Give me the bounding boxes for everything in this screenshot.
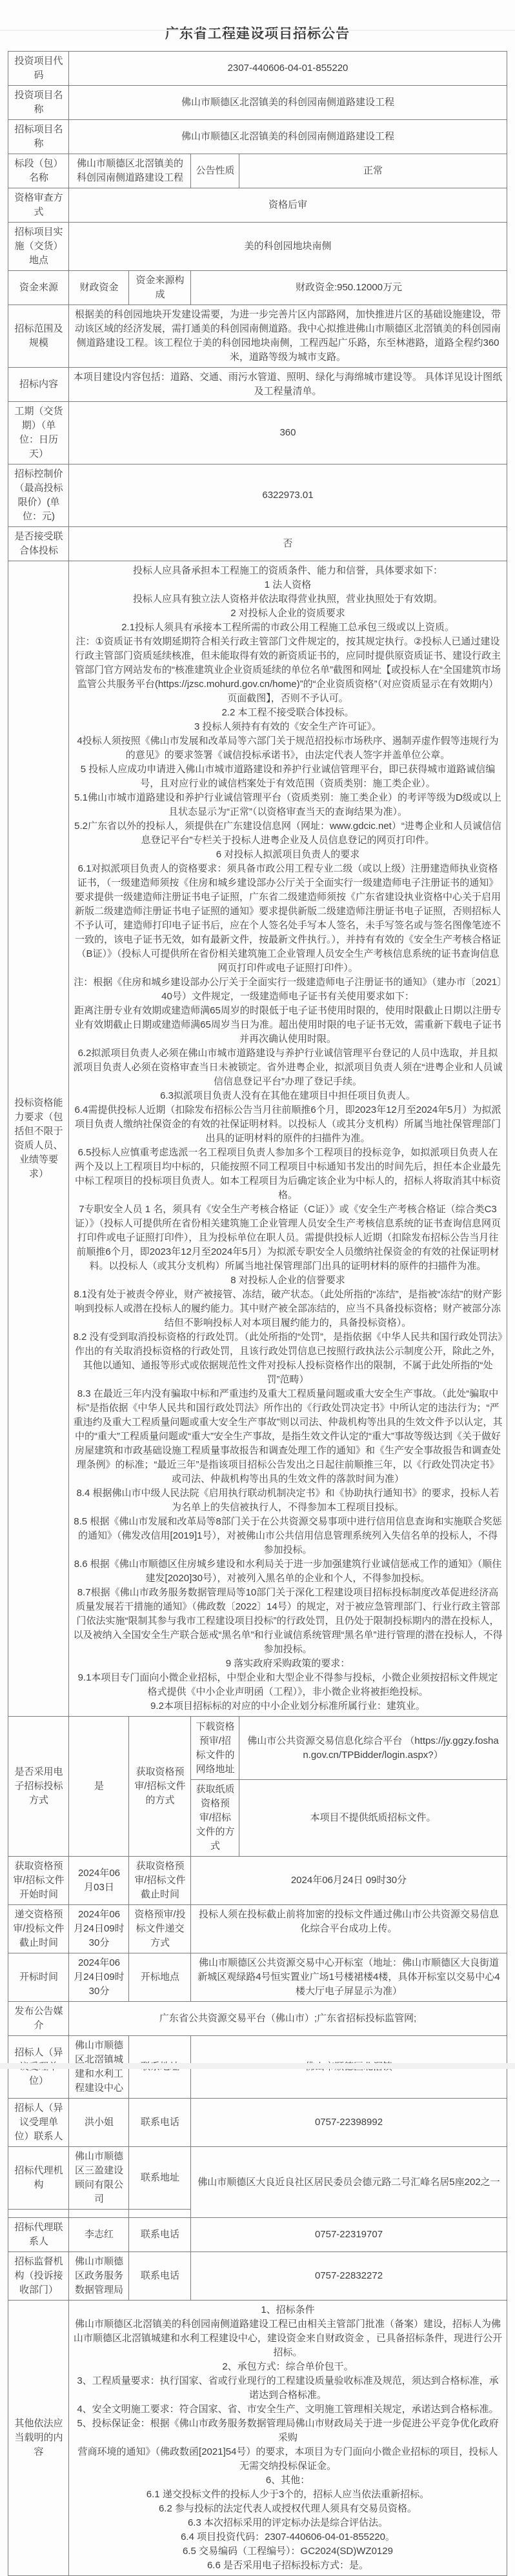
invest-code-label: 投资项目代码 (8, 52, 69, 86)
opening-place-label: 开标地点 (129, 1953, 191, 2002)
table-row: 其他依法应当载明的内容 1、招标条件 佛山市顺德区北滘镇美的科创园南侧道路建设工… (8, 2301, 507, 2576)
agency-label: 招标代理机构 (8, 2147, 69, 2210)
location-label: 招标项目实施（交货）地点 (8, 223, 69, 271)
page-title: 广东省工程建设项目招标公告 (0, 23, 515, 43)
agency-value: 佛山市顺德区三盈建设顾问有限公司 (69, 2147, 129, 2210)
obtain-docs-method-label: 获取资格预审/招标文件的方式 (129, 1717, 191, 1857)
tender-name-label: 招标项目名称 (8, 120, 69, 154)
table-row: 招标监督机构（投诉接收部门） 佛山市顺德区政务服务数据管理局 联系电话 0757… (8, 2252, 507, 2301)
electronic-bidding-label: 是否采用电子招标投标方式 (8, 1717, 69, 1857)
table-row: 投资项目代码 2307-440606-04-01-855220 (8, 52, 507, 86)
table-row: 发布公告媒介 广东省公共资源交易平台（佛山市）;广东省招标投标监管网; (8, 2002, 507, 2036)
submit-method-label: 资格预审/投标文件递交方式 (129, 1905, 191, 1953)
funds-composition-label: 资金来源构成 (129, 271, 191, 305)
spacer-cell (69, 2210, 129, 2218)
agency-address-value: 佛山市顺德区大良近良社区居民委员会德元路二号汇峰名居5座202之一 (191, 2147, 507, 2218)
invest-code-value: 2307-440606-04-01-855220 (69, 52, 507, 86)
invest-name-value: 佛山市顺德区北滘镇美的科创园南侧道路建设工程 (69, 86, 507, 120)
content-label: 招标内容 (8, 368, 69, 402)
agency-phone-label: 联系电话 (129, 2218, 191, 2252)
invest-name-label: 投资项目名称 (8, 86, 69, 120)
agency-address-label: 联系地址 (129, 2147, 191, 2210)
table-row: 招标控制价（最高投标限价）(单位：元) 6322973.01 (8, 464, 507, 527)
tender-name-value: 佛山市顺德区北滘镇美的科创园南侧道路建设工程 (69, 120, 507, 154)
spacer-cell (8, 2210, 69, 2218)
tenderer-phone-label: 联系电话 (129, 2099, 191, 2147)
tenderer-phone-value: 0757-22398992 (191, 2099, 507, 2147)
table-row: 递交资格预审/投标文件截止时间 2024年06月24日09时30分 资格预审/投… (8, 1905, 507, 1953)
tenderer-contact-value: 洪小姐 (69, 2099, 129, 2147)
other-content-label: 其他依法应当载明的内容 (8, 2301, 69, 2576)
paper-docs-label: 获取纸质资格预审/招标文件的方式 (191, 1780, 239, 1857)
qualification-value: 投标人应具备承担本工程施工的资质条件、能力和信誉，具体要求如下： 1 法人资格 … (69, 561, 507, 1717)
download-url-value: 佛山市公共资源交易信息化综合平台 （https://jy.ggzy.foshan… (239, 1717, 507, 1780)
table-row: 招标人（异议受理单位）联系人 洪小姐 联系电话 0757-22398992 (8, 2099, 507, 2147)
scope-label: 招标范围及规模 (8, 305, 69, 368)
section-label: 标段（包）名称 (8, 154, 69, 188)
consortium-value: 否 (69, 527, 507, 561)
table-row: 招标项目名称 佛山市顺德区北滘镇美的科创园南侧道路建设工程 (8, 120, 507, 154)
table-row: 招标项目实施（交货）地点 美的科创园地块南侧 (8, 223, 507, 271)
opening-place-value: 佛山市顺德区公共资源交易中心开标室（地址：佛山市顺德区大良街道新城区观绿路4号恒… (191, 1953, 507, 2002)
notice-nature-value: 正常 (239, 154, 507, 188)
supervisor-value: 佛山市顺德区政务服务数据管理局 (69, 2252, 129, 2301)
obtain-start-label: 获取资格预审/招标文件开始时间 (8, 1857, 69, 1905)
table-row: 招标代理机构 佛山市顺德区三盈建设顾问有限公司 联系地址 佛山市顺德区大良近良社… (8, 2147, 507, 2210)
notice-nature-label: 公告性质 (191, 154, 239, 188)
table-row: 招标内容 本项目建设内容包括：道路、交通、雨污水管道、照明、绿化与海绵城市建设等… (8, 368, 507, 402)
duration-value: 360 (69, 402, 507, 464)
opening-time-label: 开标时间 (8, 1953, 69, 2002)
table-row: 是否采用电子招标投标方式 是 获取资格预审/招标文件的方式 下载资格预审/招标文… (8, 1717, 507, 1780)
control-price-label: 招标控制价（最高投标限价）(单位：元) (8, 464, 69, 527)
electronic-bidding-value: 是 (69, 1717, 129, 1857)
section-value: 佛山市顺德区北滘镇美的科创园南侧道路建设工程 (69, 154, 191, 188)
submit-deadline-value: 2024年06月24日09时30分 (69, 1905, 129, 1953)
obtain-deadline-value: 2024年06月24日 09时30分 (191, 1857, 507, 1905)
funds-label: 资金来源 (8, 271, 69, 305)
other-content-value: 1、招标条件 佛山市顺德区北滘镇美的科创园南侧道路建设工程已由相关主管部门批准（… (69, 2301, 507, 2576)
agency-phone-value: 0757-22319707 (191, 2218, 507, 2252)
tender-announcement-table: 投资项目代码 2307-440606-04-01-855220 投资项目名称 佛… (8, 51, 507, 2576)
qual-review-value: 资格后审 (69, 188, 507, 223)
table-row: 资格审查方式 资格后审 (8, 188, 507, 223)
download-url-label: 下载资格预审/招标文件的网络地址 (191, 1717, 239, 1780)
consortium-label: 是否接受联合体投标 (8, 527, 69, 561)
agency-contact-value: 李志红 (69, 2218, 129, 2252)
bottom-band (0, 2063, 515, 2069)
scope-value: 根据美的科创园地块开发建设需要，为进一步完善片区内部路网，加快推进片区的基础设施… (69, 305, 507, 368)
table-row: 招标代理联系人 李志红 联系电话 0757-22319707 (8, 2218, 507, 2252)
obtain-deadline-label: 获取资格预审/招标文件截止时间 (129, 1857, 191, 1905)
funds-composition-value: 财政资金:950.12000万元 (191, 271, 507, 305)
top-divider (0, 30, 515, 31)
media-value: 广东省公共资源交易平台（佛山市）;广东省招标投标监管网; (69, 2002, 507, 2036)
table-row: 投资项目名称 佛山市顺德区北滘镇美的科创园南侧道路建设工程 (8, 86, 507, 120)
table-row: 标段（包）名称 佛山市顺德区北滘镇美的科创园南侧道路建设工程 公告性质 正常 (8, 154, 507, 188)
location-value: 美的科创园地块南侧 (69, 223, 507, 271)
table-row: 资金来源 财政资金 资金来源构成 财政资金:950.12000万元 (8, 271, 507, 305)
funds-value: 财政资金 (69, 271, 129, 305)
table-row: 工期（交货期）（单位：日历天） 360 (8, 402, 507, 464)
tenderer-contact-label: 招标人（异议受理单位）联系人 (8, 2099, 69, 2147)
table-row: 是否接受联合体投标 否 (8, 527, 507, 561)
qualification-label: 投标资格能力要求（包括但不限于资质人员、业绩等要求） (8, 561, 69, 1717)
table-row: 投标资格能力要求（包括但不限于资质人员、业绩等要求） 投标人应具备承担本工程施工… (8, 561, 507, 1717)
control-price-value: 6322973.01 (69, 464, 507, 527)
table-row: 获取资格预审/招标文件开始时间 2024年06月03日 获取资格预审/招标文件截… (8, 1857, 507, 1905)
paper-docs-value: 本项目不提供纸质招标文件。 (239, 1780, 507, 1857)
supervisor-phone-value: 0757-22832272 (191, 2252, 507, 2301)
table-row: 招标范围及规模 根据美的科创园地块开发建设需要，为进一步完善片区内部路网，加快推… (8, 305, 507, 368)
spacer-cell (129, 2210, 191, 2218)
supervisor-phone-label: 联系电话 (129, 2252, 191, 2301)
agency-contact-label: 招标代理联系人 (8, 2218, 69, 2252)
obtain-start-value: 2024年06月03日 (69, 1857, 129, 1905)
qual-review-label: 资格审查方式 (8, 188, 69, 223)
content-value: 本项目建设内容包括：道路、交通、雨污水管道、照明、绿化与海绵城市建设等。 具体详… (69, 368, 507, 402)
submit-method-value: 投标人须在投标截止前将加密的投标文件通过佛山市公共资源交易信息化综合平台成功上传… (191, 1905, 507, 1953)
media-label: 发布公告媒介 (8, 2002, 69, 2036)
duration-label: 工期（交货期）（单位：日历天） (8, 402, 69, 464)
supervisor-label: 招标监督机构（投诉接收部门） (8, 2252, 69, 2301)
table-row: 开标时间 2024年06月24日09时30分 开标地点 佛山市顺德区公共资源交易… (8, 1953, 507, 2002)
submit-deadline-label: 递交资格预审/投标文件截止时间 (8, 1905, 69, 1953)
opening-time-value: 2024年06月24日09时30分 (69, 1953, 129, 2002)
